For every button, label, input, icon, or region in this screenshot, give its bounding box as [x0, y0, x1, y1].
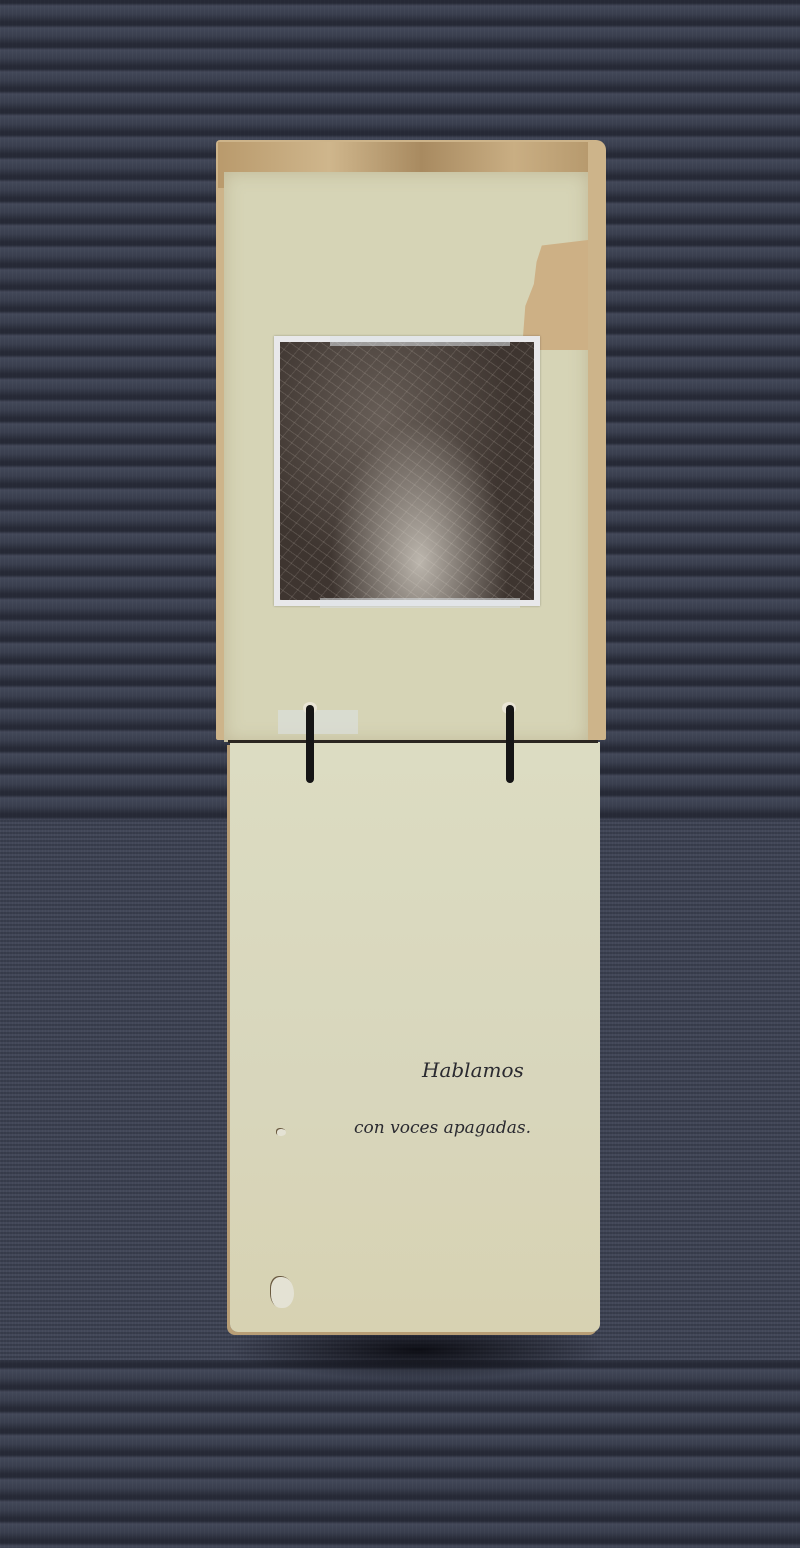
notebook-bottom-page [230, 742, 600, 1332]
binding-ring-left [306, 705, 314, 783]
page-gap [228, 740, 598, 743]
photo-tape-top [330, 336, 510, 346]
handwriting-line-2: con voces apagadas. [354, 1118, 531, 1138]
handwriting-line-1: Hablamos [422, 1058, 524, 1082]
polaroid-photo [274, 336, 540, 606]
binding-ring-right [506, 705, 514, 783]
photo-tape-bottom [320, 598, 520, 608]
paper-damage-hole [270, 1276, 294, 1308]
paper-damage-spot [276, 1128, 286, 1136]
tree-branches-image [280, 342, 534, 600]
binding-tape [278, 710, 358, 734]
